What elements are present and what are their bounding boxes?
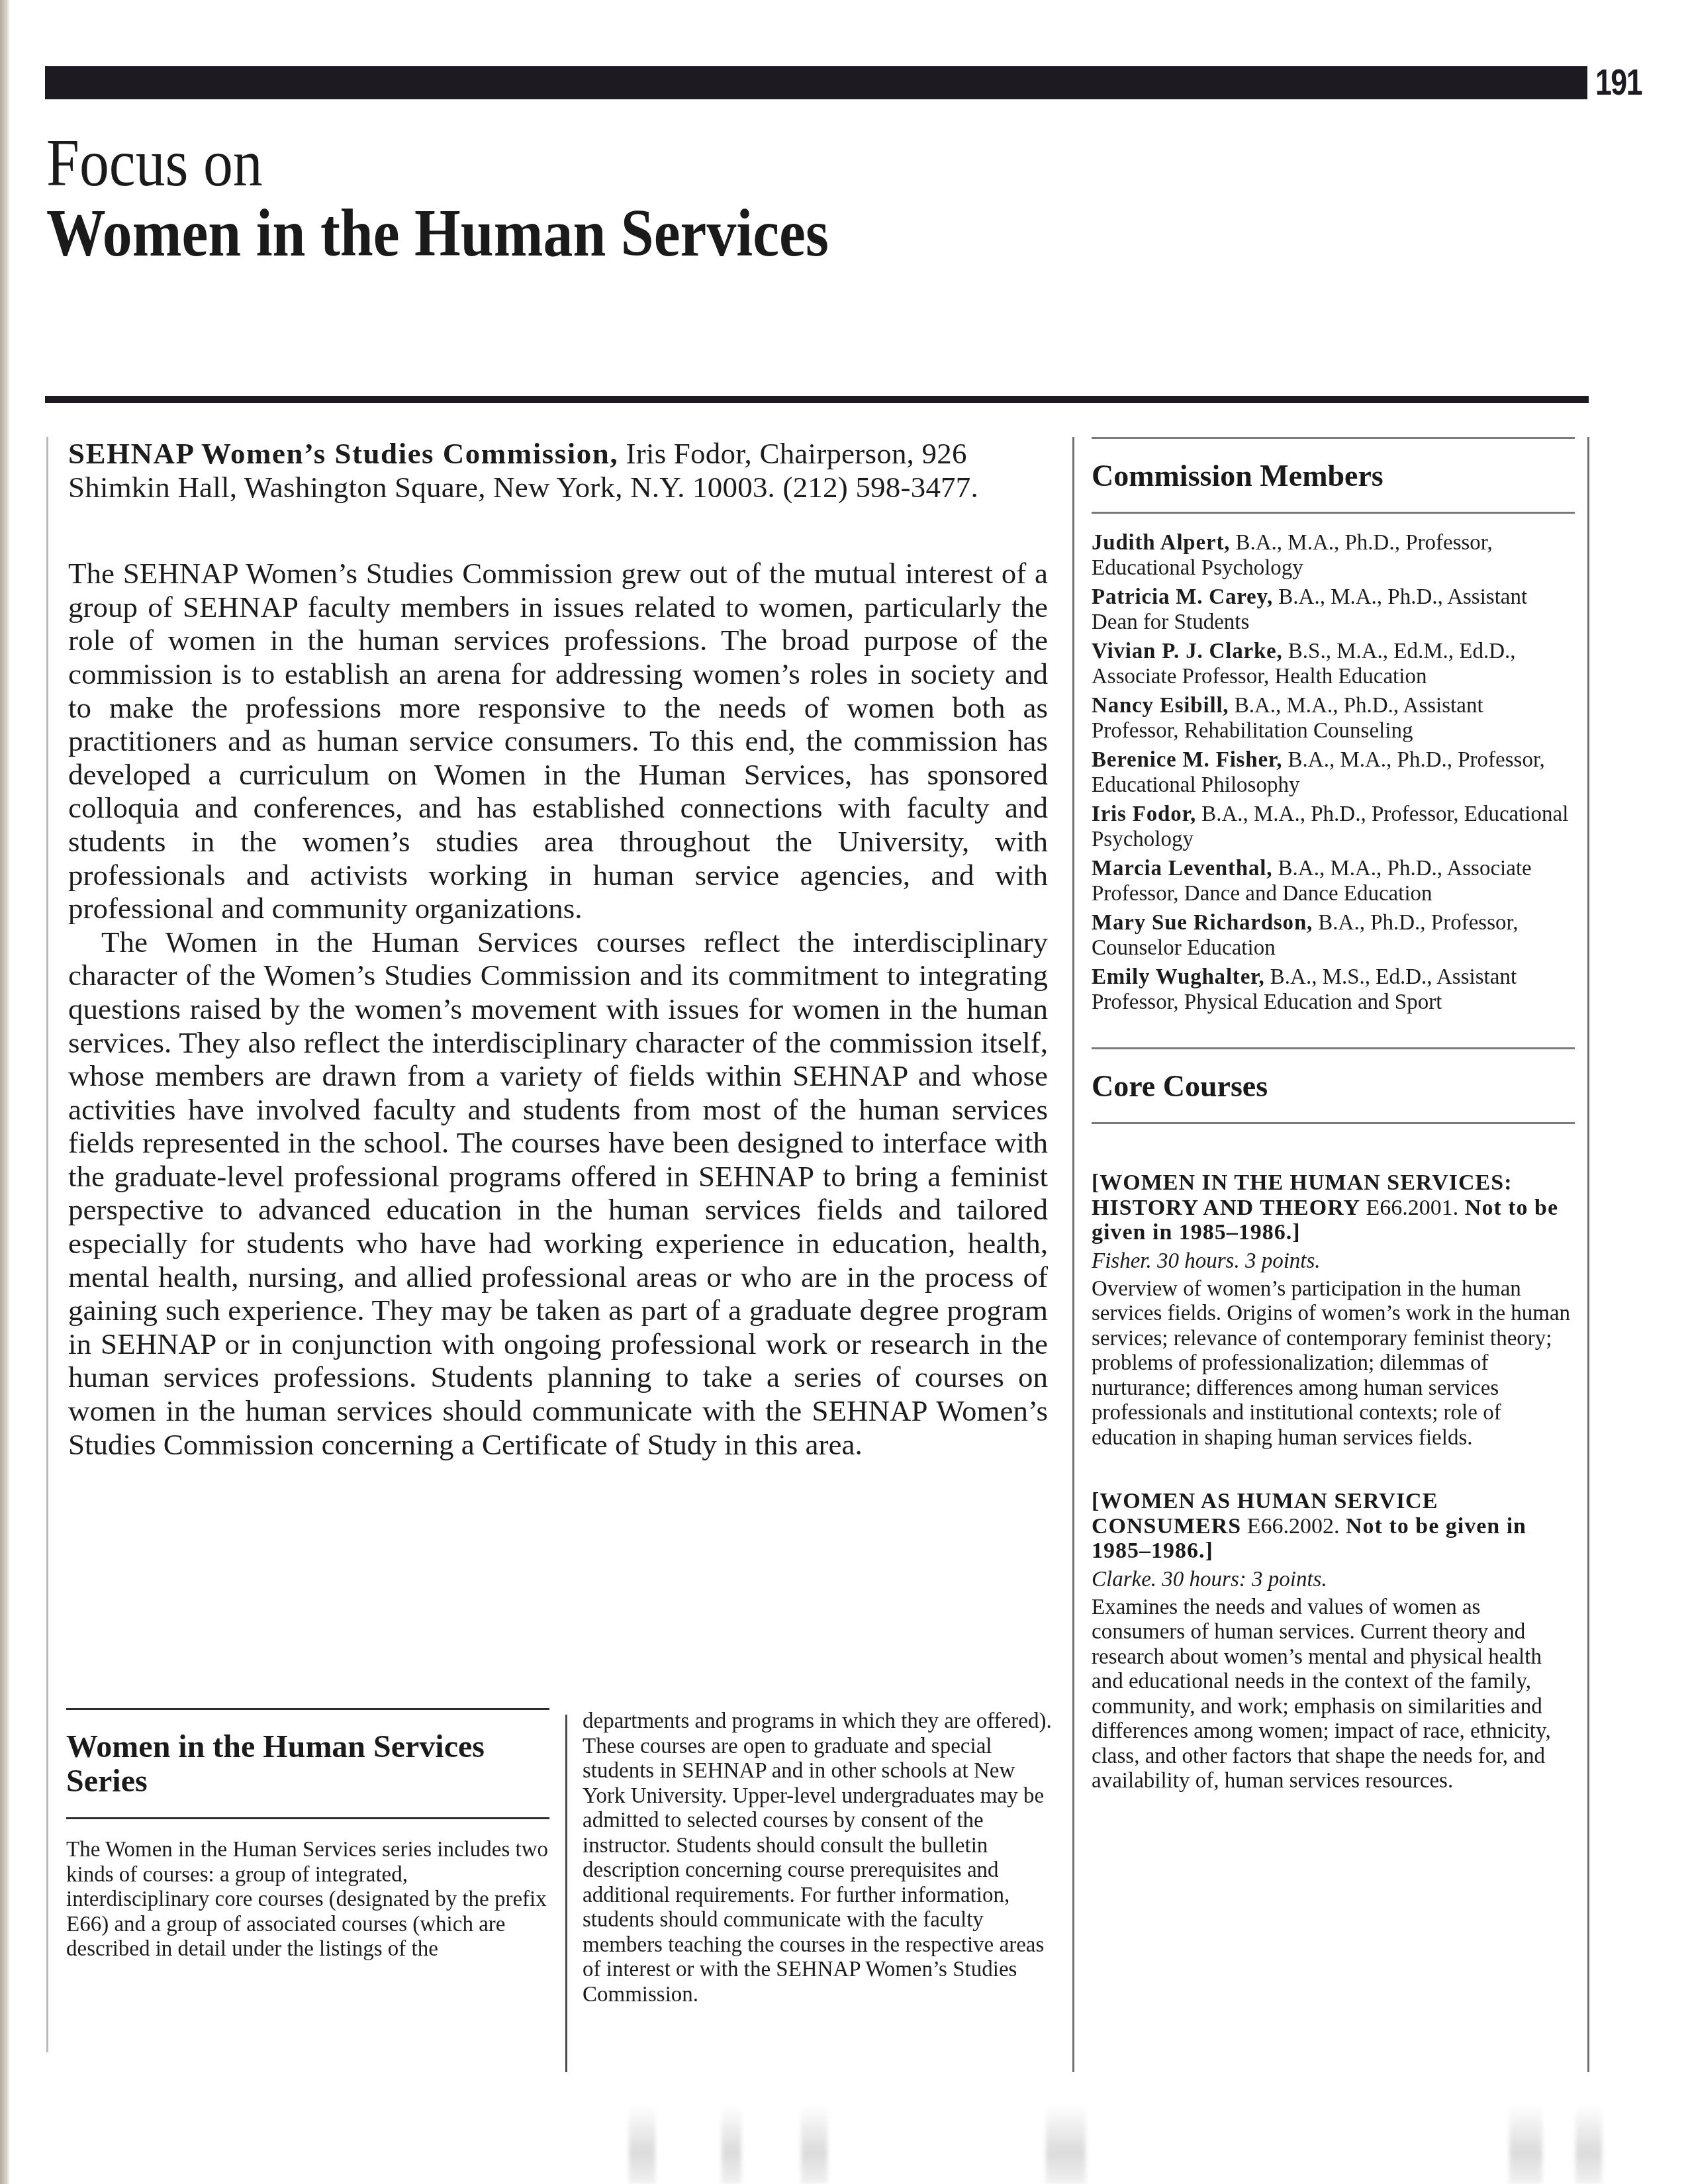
scan-artifact <box>629 2105 655 2184</box>
members-heading: Commission Members <box>1092 459 1575 493</box>
member-name: Mary Sue Richardson, <box>1092 911 1313 935</box>
scan-artifact <box>722 2105 741 2184</box>
divider <box>1092 1047 1575 1049</box>
course-entry: [WOMEN IN THE HUMAN SERVICES: HISTORY AN… <box>1092 1170 1575 1450</box>
scan-artifact <box>1046 2105 1086 2184</box>
page-title-line-2: Women in the Human Services <box>46 197 829 270</box>
paragraph: The Women in the Human Services courses … <box>68 926 1048 1462</box>
course-entry: [WOMEN AS HUMAN SERVICE CONSUMERS E66.20… <box>1092 1489 1575 1794</box>
series-section: Women in the Human Services Series The W… <box>66 1708 549 1962</box>
course-title: [WOMEN AS HUMAN SERVICE CONSUMERS E66.20… <box>1092 1489 1575 1564</box>
divider <box>1092 512 1575 514</box>
series-text-part-2: departments and programs in which they a… <box>583 1709 1053 2007</box>
title-rule <box>45 396 1589 403</box>
spacer <box>1092 1020 1575 1047</box>
course-description: Overview of women’s participation in the… <box>1092 1277 1575 1451</box>
member-name: Emily Wughalter, <box>1092 965 1265 989</box>
divider <box>66 1817 549 1819</box>
course-code: E66.2001. <box>1360 1196 1458 1220</box>
member-name: Nancy Esibill, <box>1092 694 1229 718</box>
page-title-line-1: Focus on <box>46 127 263 200</box>
series-heading: Women in the Human Services Series <box>66 1730 549 1799</box>
member-entry: Iris Fodor, B.A., M.A., Ph.D., Professor… <box>1092 802 1575 852</box>
courses-heading: Core Courses <box>1092 1069 1575 1104</box>
sidebar: Commission Members Judith Alpert, B.A., … <box>1072 437 1589 2072</box>
member-entry: Vivian P. J. Clarke, B.S., M.A., Ed.M., … <box>1092 640 1575 689</box>
divider <box>1092 1122 1575 1124</box>
member-entry: Nancy Esibill, B.A., M.A., Ph.D., Assist… <box>1092 694 1575 743</box>
member-name: Marcia Leventhal, <box>1092 857 1272 880</box>
member-name: Judith Alpert, <box>1092 531 1230 555</box>
member-entry: Judith Alpert, B.A., M.A., Ph.D., Profes… <box>1092 531 1575 581</box>
column-divider <box>565 1715 567 2072</box>
scan-artifact <box>801 2105 827 2184</box>
sidebar-content: Commission Members Judith Alpert, B.A., … <box>1092 437 1575 1794</box>
member-name: Vivian P. J. Clarke, <box>1092 640 1283 663</box>
scan-artifact <box>1509 2105 1542 2184</box>
member-entry: Mary Sue Richardson, B.A., Ph.D., Profes… <box>1092 911 1575 961</box>
member-entry: Marcia Leventhal, B.A., M.A., Ph.D., Ass… <box>1092 857 1575 906</box>
main-text: SEHNAP Women’s Studies Commission, Iris … <box>68 437 1048 1461</box>
divider <box>66 1708 549 1710</box>
course-title: [WOMEN IN THE HUMAN SERVICES: HISTORY AN… <box>1092 1170 1575 1245</box>
member-name: Patricia M. Carey, <box>1092 585 1273 609</box>
paragraph: The SEHNAP Women’s Studies Commission gr… <box>68 557 1048 926</box>
page-number: 191 <box>1595 61 1642 103</box>
member-entry: Berenice M. Fisher, B.A., M.A., Ph.D., P… <box>1092 748 1575 798</box>
page-binding-edge <box>0 0 9 2184</box>
series-text-part-1: The Women in the Human Services series i… <box>66 1838 549 1962</box>
contact-info: SEHNAP Women’s Studies Commission, Iris … <box>68 437 1048 504</box>
member-entry: Patricia M. Carey, B.A., M.A., Ph.D., As… <box>1092 585 1575 635</box>
header-bar <box>45 66 1587 99</box>
course-meta: Fisher. 30 hours. 3 points. <box>1092 1248 1575 1274</box>
scan-artifact <box>1575 2105 1602 2184</box>
course-meta: Clarke. 30 hours: 3 points. <box>1092 1566 1575 1593</box>
member-name: Berenice M. Fisher, <box>1092 748 1282 772</box>
commission-name: SEHNAP Women’s Studies Commission, <box>68 437 618 470</box>
divider <box>1092 437 1575 439</box>
course-code: E66.2002. <box>1241 1514 1339 1539</box>
course-description: Examines the needs and values of women a… <box>1092 1595 1575 1794</box>
member-entry: Emily Wughalter, B.A., M.S., Ed.D., Assi… <box>1092 965 1575 1015</box>
member-name: Iris Fodor, <box>1092 802 1196 826</box>
